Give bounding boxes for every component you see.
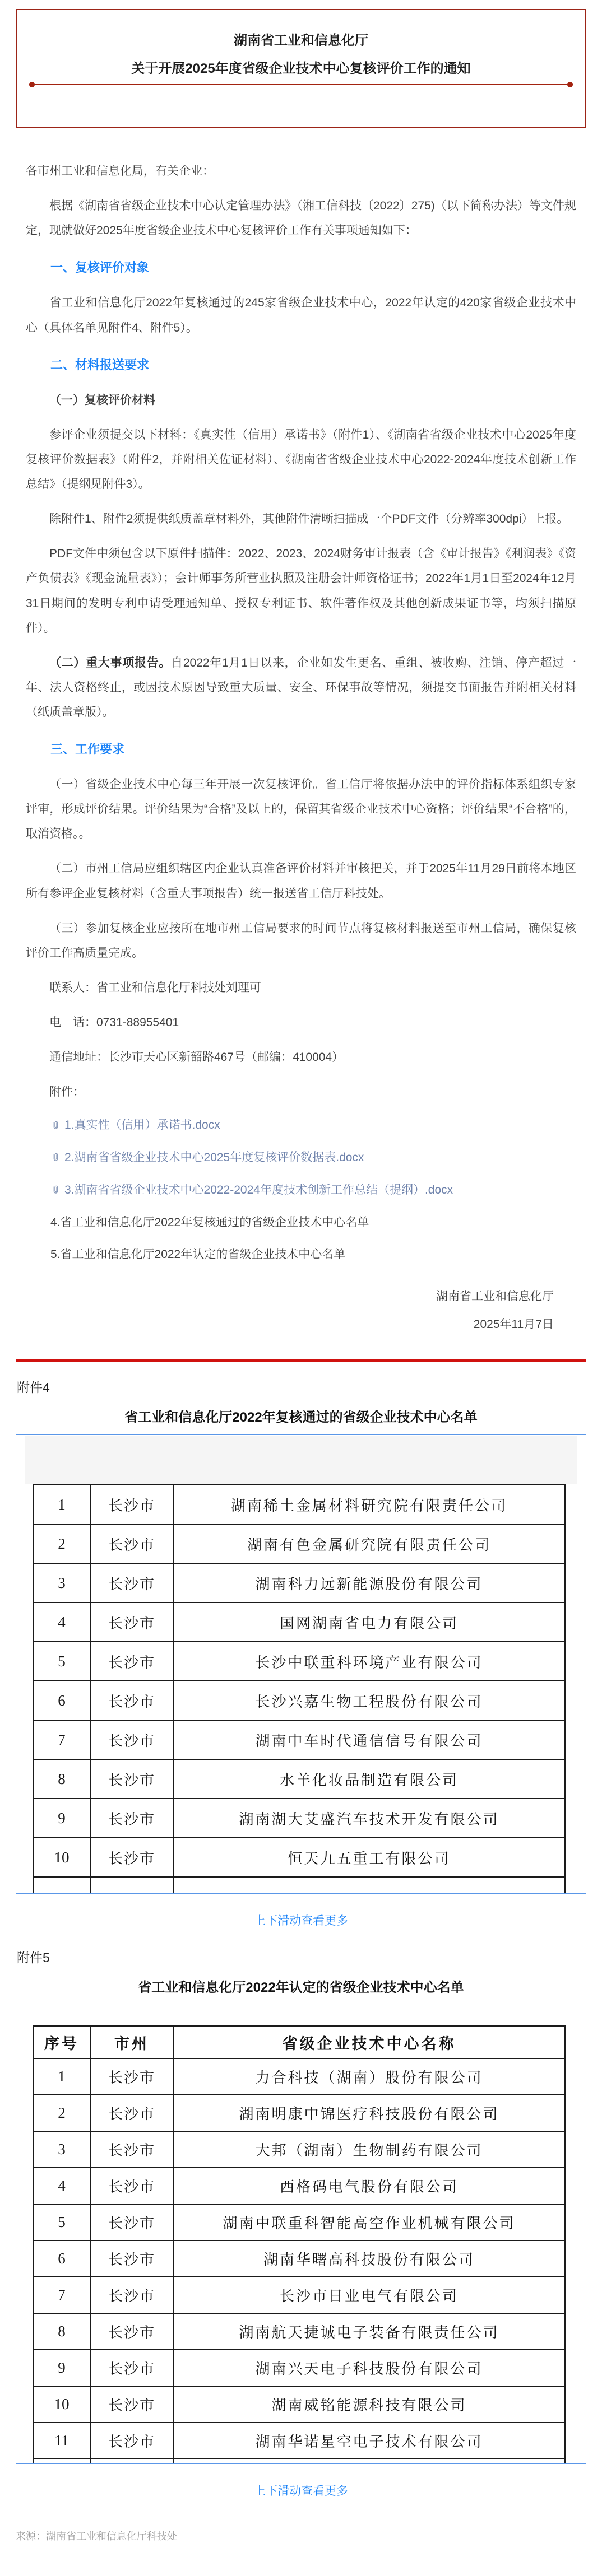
table-row: 7长沙市湖南中车时代通信信号有限公司 xyxy=(33,1720,565,1759)
table-cell: 长沙市 xyxy=(90,2058,173,2095)
section3-p3: （三）参加复核企业应按所在地市州工信局要求的时间节点将复核材料报送至市州工信局，… xyxy=(26,916,576,966)
page-footer: 来源：湖南省工业和信息化厅科技处 xyxy=(16,2518,586,2543)
contact-person: 联系人：省工业和信息化厅科技处刘理可 xyxy=(26,976,576,1000)
table-cell: 湖南湖大艾盛汽车技术开发有限公司 xyxy=(173,1799,565,1838)
attachments-label: 附件： xyxy=(26,1080,576,1105)
attachment-link[interactable]: 2.湖南省省级企业技术中心2025年度复核评价数据表.docx xyxy=(50,1147,576,1168)
table-cell: 国网湖南省电力有限公司 xyxy=(173,1603,565,1642)
table-cell: 长沙市 xyxy=(90,2423,173,2459)
table-cell: 湖南威铭能源科技有限公司 xyxy=(173,2386,565,2423)
table-header-cell: 序号 xyxy=(33,2026,90,2058)
attachment-text: 3.湖南省省级企业技术中心2022-2024年度技术创新工作总结（提纲）.doc… xyxy=(64,1180,453,1201)
issuer-name: 湖南省工业和信息化厅 xyxy=(26,1284,554,1309)
table-cell xyxy=(33,1877,90,1894)
table-cell: 长沙市 xyxy=(90,2313,173,2350)
table-cell: 长沙市 xyxy=(90,1720,173,1759)
attachment4-table: 1长沙市湖南稀土金属材料研究院有限责任公司2长沙市湖南有色金属研究院有限责任公司… xyxy=(33,1484,566,1894)
paperclip-icon xyxy=(50,1152,61,1163)
table-cell: 6 xyxy=(33,2240,90,2277)
salutation: 各市州工业和信息化局，有关企业： xyxy=(26,159,576,184)
table-row: 1长沙市力合科技（湖南）股份有限公司 xyxy=(33,2058,565,2095)
section2-heading: 二、材料报送要求 xyxy=(26,355,576,375)
table-cell: 长沙市日业电气有限公司 xyxy=(173,2277,565,2313)
table-cell: 长沙市 xyxy=(90,2240,173,2277)
section3-p1: （一）省级企业技术中心每三年开展一次复核评价。省工信厅将依据办法中的评价指标体系… xyxy=(26,772,576,846)
table-row: 5长沙市湖南中联重科智能高空作业机械有限公司 xyxy=(33,2204,565,2240)
table-cell: 力合科技（湖南）股份有限公司 xyxy=(173,2058,565,2095)
table-cell: 长沙市 xyxy=(90,1759,173,1799)
table-header-cell: 市州 xyxy=(90,2026,173,2058)
table-row: 10长沙市恒天九五重工有限公司 xyxy=(33,1838,565,1877)
table-cell: 长沙中联重科环境产业有限公司 xyxy=(173,1642,565,1681)
table-row: 5长沙市长沙中联重科环境产业有限公司 xyxy=(33,1642,565,1681)
table-cell: 湖南有色金属研究院有限责任公司 xyxy=(173,1524,565,1563)
table-header-row: 序号市州省级企业技术中心名称 xyxy=(33,2026,565,2058)
scan-blank-area xyxy=(16,2005,586,2025)
table-cell: 8 xyxy=(33,2313,90,2350)
table-cell: 长沙市 xyxy=(90,2095,173,2131)
table-row: 1长沙市湖南稀土金属材料研究院有限责任公司 xyxy=(33,1485,565,1524)
table-cell xyxy=(173,2459,565,2464)
table-row: 6长沙市湖南华曙高科技股份有限公司 xyxy=(33,2240,565,2277)
table-cell: 长沙市 xyxy=(90,2386,173,2423)
attachment-link[interactable]: 3.湖南省省级企业技术中心2022-2024年度技术创新工作总结（提纲）.doc… xyxy=(50,1180,576,1201)
paperclip-icon xyxy=(50,1185,61,1195)
table-cell: 长沙市 xyxy=(90,1524,173,1563)
table-row: 3长沙市大邦（湖南）生物制药有限公司 xyxy=(33,2131,565,2168)
scan-blank-area xyxy=(25,1436,577,1484)
notice-body: 各市州工业和信息化局，有关企业： 根据《湖南省省级企业技术中心认定管理办法》（湘… xyxy=(0,128,602,1337)
section3-heading: 三、工作要求 xyxy=(26,739,576,759)
intro-paragraph: 根据《湖南省省级企业技术中心认定管理办法》（湘工信科技〔2022〕275)（以下… xyxy=(26,194,576,243)
table-cell: 长沙市 xyxy=(90,2350,173,2386)
table-cell: 3 xyxy=(33,2131,90,2168)
attachment-link[interactable]: 1.真实性（信用）承诺书.docx xyxy=(50,1115,576,1136)
section2-sub2-paragraph: （二）重大事项报告。自2022年1月1日以来，企业如发生更名、重组、被收购、注销… xyxy=(26,651,576,725)
attachment-text: 5.省工业和信息化厅2022年认定的省级企业技术中心名单 xyxy=(50,1248,345,1261)
contact-address: 通信地址：长沙市天心区新韶路467号（邮编：410004） xyxy=(26,1045,576,1070)
table-cell: 1 xyxy=(33,2058,90,2095)
table-row: 11长沙市湖南华诺星空电子技术有限公司 xyxy=(33,2423,565,2459)
table-cell xyxy=(90,2459,173,2464)
table-row: 8长沙市湖南航天捷诚电子装备有限责任公司 xyxy=(33,2313,565,2350)
table-row xyxy=(33,2459,565,2464)
table-row: 7长沙市长沙市日业电气有限公司 xyxy=(33,2277,565,2313)
attachment4-label: 附件4 xyxy=(17,1377,602,1396)
table-cell: 长沙市 xyxy=(90,1642,173,1681)
table-cell: 长沙市 xyxy=(90,1563,173,1603)
divider-dot-left xyxy=(29,82,35,87)
attachment5-scan: 序号市州省级企业技术中心名称1长沙市力合科技（湖南）股份有限公司2长沙市湖南明康… xyxy=(16,2005,586,2464)
section2-sub1-title: （一）复核评价材料 xyxy=(26,388,576,413)
attachment4-scan: 1长沙市湖南稀土金属材料研究院有限责任公司2长沙市湖南有色金属研究院有限责任公司… xyxy=(16,1436,586,1894)
table-row: 4长沙市西格码电气股份有限公司 xyxy=(33,2168,565,2204)
table-row: 4长沙市国网湖南省电力有限公司 xyxy=(33,1603,565,1642)
table-cell: 3 xyxy=(33,1563,90,1603)
table-cell: 湖南科力远新能源股份有限公司 xyxy=(173,1563,565,1603)
table-row xyxy=(33,1877,565,1894)
table-cell: 9 xyxy=(33,1799,90,1838)
table-cell: 长沙市 xyxy=(90,2131,173,2168)
table-cell: 8 xyxy=(33,1759,90,1799)
attachment-item: 4.省工业和信息化厅2022年复核通过的省级企业技术中心名单 xyxy=(50,1212,576,1233)
section1-body: 省工业和信息化厅2022年复核通过的245家省级企业技术中心，2022年认定的4… xyxy=(26,291,576,340)
table-cell: 2 xyxy=(33,2095,90,2131)
attachment5-title: 省工业和信息化厅2022年认定的省级企业技术中心名单 xyxy=(0,1976,602,1996)
table-cell: 恒天九五重工有限公司 xyxy=(173,1838,565,1877)
table-cell: 7 xyxy=(33,1720,90,1759)
table-cell: 9 xyxy=(33,2350,90,2386)
attachment5-scroll-box[interactable]: 序号市州省级企业技术中心名称1长沙市力合科技（湖南）股份有限公司2长沙市湖南明康… xyxy=(16,2005,586,2464)
table-cell: 4 xyxy=(33,2168,90,2204)
table-cell: 长沙市 xyxy=(90,1838,173,1877)
table-header-cell: 省级企业技术中心名称 xyxy=(173,2026,565,2058)
table-cell: 湖南中联重科智能高空作业机械有限公司 xyxy=(173,2204,565,2240)
table-cell: 大邦（湖南）生物制药有限公司 xyxy=(173,2131,565,2168)
attachment5-table: 序号市州省级企业技术中心名称1长沙市力合科技（湖南）股份有限公司2长沙市湖南明康… xyxy=(33,2025,566,2464)
table-cell xyxy=(90,1877,173,1894)
notice-header-box: 湖南省工业和信息化厅 关于开展2025年度省级企业技术中心复核评价工作的通知 xyxy=(16,9,586,128)
table-cell: 长沙市 xyxy=(90,2277,173,2313)
table-cell: 长沙市 xyxy=(90,1799,173,1838)
attachment4-more-link[interactable]: 上下滑动查看更多 xyxy=(0,1912,602,1928)
table-row: 2长沙市湖南明康中锦医疗科技股份有限公司 xyxy=(33,2095,565,2131)
table-cell: 湖南兴天电子科技股份有限公司 xyxy=(173,2350,565,2386)
table-cell: 湖南华诺星空电子技术有限公司 xyxy=(173,2423,565,2459)
table-cell: 长沙兴嘉生物工程股份有限公司 xyxy=(173,1681,565,1720)
attachment-text: 2.湖南省省级企业技术中心2025年度复核评价数据表.docx xyxy=(64,1147,364,1168)
table-cell: 西格码电气股份有限公司 xyxy=(173,2168,565,2204)
section3-p2: （二）市州工信局应组织辖区内企业认真准备评价材料并审核把关，并于2025年11月… xyxy=(26,856,576,906)
table-row: 10长沙市湖南威铭能源科技有限公司 xyxy=(33,2386,565,2423)
attachment-link-list: 1.真实性（信用）承诺书.docx2.湖南省省级企业技术中心2025年度复核评价… xyxy=(26,1115,576,1200)
table-cell: 10 xyxy=(33,1838,90,1877)
attachment-item: 5.省工业和信息化厅2022年认定的省级企业技术中心名单 xyxy=(50,1244,576,1265)
section1-heading: 一、复核评价对象 xyxy=(26,258,576,277)
section2-sub2-lead: （二）重大事项报告。 xyxy=(49,656,171,669)
paperclip-icon xyxy=(50,1120,61,1131)
table-cell: 湖南航天捷诚电子装备有限责任公司 xyxy=(173,2313,565,2350)
table-cell: 湖南中车时代通信信号有限公司 xyxy=(173,1720,565,1759)
table-cell: 2 xyxy=(33,1524,90,1563)
table-cell: 湖南稀土金属材料研究院有限责任公司 xyxy=(173,1485,565,1524)
table-cell: 湖南华曙高科技股份有限公司 xyxy=(173,2240,565,2277)
section2-sub1-p1: 参评企业须提交以下材料：《真实性（信用）承诺书》（附件1）、《湖南省省级企业技术… xyxy=(26,423,576,497)
issue-date: 2025年11月7日 xyxy=(26,1312,554,1337)
table-cell: 长沙市 xyxy=(90,2168,173,2204)
table-cell: 水羊化妆品制造有限公司 xyxy=(173,1759,565,1799)
attachment4-scroll-box[interactable]: 1长沙市湖南稀土金属材料研究院有限责任公司2长沙市湖南有色金属研究院有限责任公司… xyxy=(16,1434,586,1894)
attachment-text: 1.真实性（信用）承诺书.docx xyxy=(64,1115,220,1136)
table-row: 2长沙市湖南有色金属研究院有限责任公司 xyxy=(33,1524,565,1563)
table-cell: 6 xyxy=(33,1681,90,1720)
table-cell: 长沙市 xyxy=(90,1485,173,1524)
table-row: 3长沙市湖南科力远新能源股份有限公司 xyxy=(33,1563,565,1603)
attachment5-more-link[interactable]: 上下滑动查看更多 xyxy=(0,2482,602,2499)
table-cell xyxy=(173,1877,565,1894)
attachment-plain-list: 4.省工业和信息化厅2022年复核通过的省级企业技术中心名单5.省工业和信息化厅… xyxy=(26,1212,576,1266)
table-row: 6长沙市长沙兴嘉生物工程股份有限公司 xyxy=(33,1681,565,1720)
contact-phone: 电 话：0731-88955401 xyxy=(26,1010,576,1035)
table-cell: 10 xyxy=(33,2386,90,2423)
table-cell: 1 xyxy=(33,1485,90,1524)
table-row: 9长沙市湖南兴天电子科技股份有限公司 xyxy=(33,2350,565,2386)
table-row: 9长沙市湖南湖大艾盛汽车技术开发有限公司 xyxy=(33,1799,565,1838)
table-cell xyxy=(33,2459,90,2464)
notice-title-line1: 湖南省工业和信息化厅 xyxy=(17,27,585,55)
divider-dot-right xyxy=(567,82,573,87)
table-cell: 7 xyxy=(33,2277,90,2313)
section2-sub1-p3: PDF文件中须包含以下原件扫描件：2022、2023、2024财务审计报表（含《… xyxy=(26,542,576,640)
table-row: 8长沙市水羊化妆品制造有限公司 xyxy=(33,1759,565,1799)
table-cell: 5 xyxy=(33,2204,90,2240)
signature-block: 湖南省工业和信息化厅 2025年11月7日 xyxy=(26,1284,576,1337)
notice-title-line2: 关于开展2025年度省级企业技术中心复核评价工作的通知 xyxy=(17,55,585,83)
table-cell: 5 xyxy=(33,1642,90,1681)
attachment-text: 4.省工业和信息化厅2022年复核通过的省级企业技术中心名单 xyxy=(50,1216,369,1229)
table-cell: 湖南明康中锦医疗科技股份有限公司 xyxy=(173,2095,565,2131)
article-page: 湖南省工业和信息化厅 关于开展2025年度省级企业技术中心复核评价工作的通知 各… xyxy=(0,0,602,2576)
table-cell: 长沙市 xyxy=(90,1603,173,1642)
header-divider-line xyxy=(29,84,573,85)
attachment5-label: 附件5 xyxy=(17,1948,602,1966)
table-cell: 长沙市 xyxy=(90,2204,173,2240)
table-cell: 长沙市 xyxy=(90,1681,173,1720)
attachment4-title: 省工业和信息化厅2022年复核通过的省级企业技术中心名单 xyxy=(0,1406,602,1426)
table-cell: 4 xyxy=(33,1603,90,1642)
section2-sub1-p2: 除附件1、附件2须提供纸质盖章材料外，其他附件清晰扫描成一个PDF文件（分辨率3… xyxy=(26,507,576,532)
table-cell: 11 xyxy=(33,2423,90,2459)
attachment-section-divider xyxy=(16,1359,586,1362)
source-line: 来源：湖南省工业和信息化厅科技处 xyxy=(16,2528,586,2543)
